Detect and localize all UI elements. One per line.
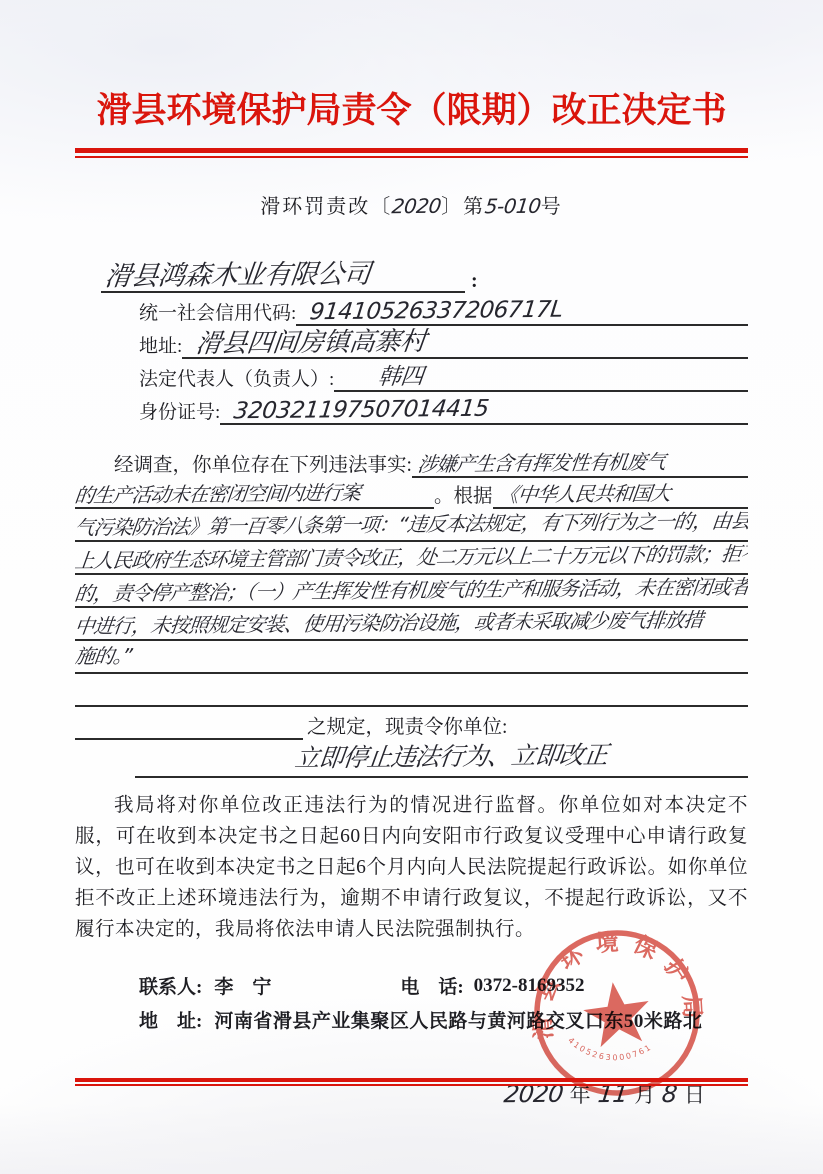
scanned-document-page: 滑县环境保护局责令（限期）改正决定书 滑环罚责改〔2020〕第5-010号 滑县…: [0, 0, 823, 1174]
seal-star-icon: [580, 978, 654, 1049]
facts-hand-1-text: 涉嫌产生含有挥发性有机废气: [416, 445, 667, 477]
facts-hand-line-3: 气污染防治法》第一百零八条第一项：“违反本法规定，有下列行为之一的，由县级以: [75, 509, 748, 542]
field-id-number: 身份证号: 320321197507014415: [139, 392, 748, 425]
facts-line-6-text: 中进行，未按照规定安装、使用污染防治设施，或者未采取减少废气排放措: [75, 608, 704, 641]
facts-basis-hand-start: 《中华人民共和国大: [493, 478, 748, 509]
id-number-label: 身份证号:: [139, 397, 220, 425]
address-handwritten: 滑县四间房镇高寨村: [195, 328, 428, 356]
rule-blank-underline: [75, 738, 303, 740]
facts-section: 经调查，你单位存在下列违法事实: 涉嫌产生含有挥发性有机废气 的生产活动未在密闭…: [75, 447, 748, 778]
field-legal-rep: 法定代表人（负责人）: 韩四: [139, 359, 748, 392]
rule-statement-row: 之规定，现责令你单位:: [75, 707, 748, 740]
footer-rule: [75, 1078, 748, 1086]
address-label: 地址:: [139, 331, 182, 359]
document-title: 滑县环境保护局责令（限期）改正决定书: [0, 88, 823, 134]
facts-hand-line-2: 的生产活动未在密闭空间内进行案: [75, 478, 364, 509]
company-row: 滑县鸿森木业有限公司 :: [101, 245, 748, 293]
rule-statement-text: 之规定，现责令你单位:: [303, 711, 507, 740]
doc-no-mid: 〕第: [441, 196, 485, 218]
address-value: 滑县四间房镇高寨村: [182, 330, 748, 359]
legal-rep-label: 法定代表人（负责人）:: [139, 364, 334, 392]
credit-code-label: 统一社会信用代码:: [139, 298, 296, 326]
order-row: 立即停止违法行为、立即改正: [135, 740, 748, 778]
id-number-handwritten: 320321197507014415: [233, 395, 491, 424]
legal-rep-handwritten: 韩四: [377, 363, 425, 389]
facts-line-4-text: 上人民政府生态环境主管部门责令改正，处二万元以上二十万元以下的罚款；拒不改正: [75, 542, 748, 575]
legal-rep-value: 韩四: [334, 364, 748, 392]
footer-rule-thin: [75, 1084, 748, 1086]
facts-basis-printed: 。根据: [434, 480, 493, 509]
facts-line-7-text: 施的。”: [75, 641, 133, 671]
facts-hand-line-4: 上人民政府生态环境主管部门责令改正，处二万元以上二十万元以下的罚款；拒不改正: [75, 542, 748, 575]
credit-code-handwritten: 91410526337206717L: [309, 296, 565, 325]
header-rule-thin: [75, 156, 748, 158]
credit-code-value: 91410526337206717L: [296, 298, 748, 326]
doc-no-serial-handwritten: 5-010: [484, 193, 542, 218]
facts-hand-line-5: 的，责令停产整治；（一）产生挥发性有机废气的生产和服务活动，未在密闭或者设备: [75, 575, 748, 608]
company-colon: :: [465, 270, 478, 293]
blank-underline-row: [75, 674, 748, 707]
facts-line-3-text: 气污染防治法》第一百零八条第一项：“违反本法规定，有下列行为之一的，由县级以: [75, 509, 748, 542]
company-name-line: 滑县鸿森木业有限公司: [101, 261, 465, 293]
contact-person-name: 李 宁: [202, 972, 364, 999]
facts-lead-row: 经调查，你单位存在下列违法事实: 涉嫌产生含有挥发性有机废气: [75, 447, 748, 478]
doc-no-suffix: 号: [541, 196, 563, 218]
facts-lead-text: 经调查，你单位存在下列违法事实:: [75, 449, 412, 478]
facts-basis-row: 的生产活动未在密闭空间内进行案 。根据 《中华人民共和国大: [75, 478, 748, 509]
doc-no-prefix: 滑环罚责改〔: [260, 196, 392, 218]
facts-basis-hand-text: 《中华人民共和国大: [497, 477, 671, 508]
field-address: 地址: 滑县四间房镇高寨村: [139, 326, 748, 359]
facts-hand-line-1: 涉嫌产生含有挥发性有机废气: [412, 447, 748, 478]
contact-person-label: 联系人:: [139, 972, 202, 999]
facts-line-5-text: 的，责令停产整治；（一）产生挥发性有机废气的生产和服务活动，未在密闭或者设备: [75, 575, 748, 608]
facts-hand-line-6: 中进行，未按照规定安装、使用污染防治设施，或者未采取减少废气排放措: [75, 608, 748, 641]
footer-rule-thick: [75, 1078, 748, 1082]
document-number: 滑环罚责改〔2020〕第5-010号: [0, 190, 823, 219]
contact-address-label: 地 址:: [139, 1006, 202, 1033]
id-number-value: 320321197507014415: [220, 397, 748, 425]
facts-hand-line-7: 施的。”: [75, 641, 748, 674]
contact-phone-label: 电 话:: [364, 972, 463, 999]
recipient-block: 滑县鸿森木业有限公司 : 统一社会信用代码: 91410526337206717…: [75, 245, 748, 425]
doc-no-year-handwritten: 2020: [391, 193, 443, 218]
field-credit-code: 统一社会信用代码: 91410526337206717L: [139, 293, 748, 326]
order-handwritten: 立即停止违法行为、立即改正: [293, 738, 609, 775]
facts-hand-2-text: 的生产活动未在密闭空间内进行案: [73, 476, 362, 508]
header-rule-thick: [75, 148, 748, 153]
company-name-handwritten: 滑县鸿森木业有限公司: [103, 259, 372, 292]
